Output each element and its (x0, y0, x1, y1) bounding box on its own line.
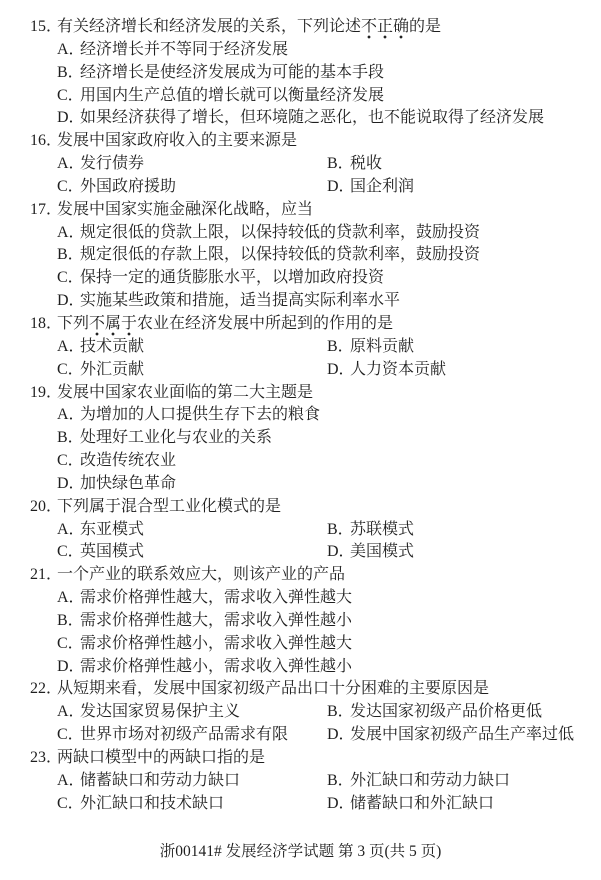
option-letter: C． (57, 724, 80, 747)
option-text: 东亚模式 (80, 519, 144, 542)
question-16-option-b: B． 税收 (327, 153, 382, 176)
question-number: 22． (30, 678, 57, 701)
question-19: 19． 发展中国家农业面临的第二大主题是 (0, 382, 601, 405)
question-number: 20． (30, 496, 57, 519)
question-stem: 下列属于混合型工业化模式的是 (57, 496, 281, 519)
option-text: 改造传统农业 (80, 450, 176, 473)
question-21-option-b: B． 需求价格弹性越大，需求收入弹性越小 (0, 610, 601, 633)
option-letter: B． (327, 336, 350, 359)
question-number: 21． (30, 564, 57, 587)
option-text: 外汇贡献 (80, 359, 144, 382)
option-letter: B． (327, 519, 350, 542)
question-15: 15． 有关经济增长和经济发展的关系，下列论述不正确的是 (0, 16, 601, 39)
stem-text: 一个产业的联系效应大，则该产业的产品 (57, 566, 345, 583)
option-text: 用国内生产总值的增长就可以衡量经济发展 (80, 85, 384, 108)
question-17-option-b: B． 规定很低的存款上限，以保持较低的贷款利率，鼓励投资 (0, 244, 601, 267)
question-20-option-c: C． 英国模式 (57, 541, 327, 564)
page-footer: 浙00141# 发展经济学试题 第 3 页(共 5 页) (0, 841, 601, 864)
question-20-options-ab: A． 东亚模式 B． 苏联模式 (0, 519, 601, 542)
option-letter: D． (327, 176, 350, 199)
question-23-option-b: B． 外汇缺口和劳动力缺口 (327, 770, 510, 793)
question-16: 16． 发展中国家政府收入的主要来源是 (0, 130, 601, 153)
question-17: 17． 发展中国家实施金融深化战略，应当 (0, 199, 601, 222)
question-21: 21． 一个产业的联系效应大，则该产业的产品 (0, 564, 601, 587)
stem-emphasized-text: 不正确 (361, 18, 409, 39)
option-text: 经济增长并不等同于经济发展 (80, 39, 288, 62)
question-16-option-a: A． 发行债券 (57, 153, 327, 176)
question-16-options-cd: C． 外国政府援助 D． 国企利润 (0, 176, 601, 199)
question-21-option-d: D． 需求价格弹性越小，需求收入弹性越小 (0, 656, 601, 679)
exam-page: 15． 有关经济增长和经济发展的关系，下列论述不正确的是 A． 经济增长并不等同… (0, 0, 601, 863)
question-16-option-d: D． 国企利润 (327, 176, 414, 199)
question-20-option-a: A． 东亚模式 (57, 519, 327, 542)
question-stem: 两缺口模型中的两缺口指的是 (57, 747, 265, 770)
question-16-options-ab: A． 发行债券 B． 税收 (0, 153, 601, 176)
question-18-options-ab: A． 技术贡献 B． 原料贡献 (0, 336, 601, 359)
question-15-option-d: D． 如果经济获得了增长，但环境随之恶化，也不能说取得了经济发展 (0, 107, 601, 130)
question-number: 16． (30, 130, 57, 153)
question-17-option-a: A． 规定很低的贷款上限，以保持较低的贷款利率，鼓励投资 (0, 222, 601, 245)
option-letter: A． (57, 404, 80, 427)
option-letter: C． (57, 793, 80, 816)
option-letter: C． (57, 450, 80, 473)
question-22-option-d: D． 发展中国家初级产品生产率过低 (327, 724, 574, 747)
option-letter: C． (57, 359, 80, 382)
option-letter: D． (57, 656, 80, 679)
option-letter: D． (57, 290, 80, 313)
option-text: 英国模式 (80, 541, 144, 564)
question-22: 22． 从短期来看，发展中国家初级产品出口十分困难的主要原因是 (0, 678, 601, 701)
question-number: 19． (30, 382, 57, 405)
question-22-options-cd: C． 世界市场对初级产品需求有限 D． 发展中国家初级产品生产率过低 (0, 724, 601, 747)
question-21-option-c: C． 需求价格弹性越小，需求收入弹性越大 (0, 633, 601, 656)
question-18: 18． 下列不属于农业在经济发展中所起到的作用的是 (0, 313, 601, 336)
question-17-option-c: C． 保持一定的通货膨胀水平，以增加政府投资 (0, 267, 601, 290)
question-stem: 下列不属于农业在经济发展中所起到的作用的是 (57, 313, 393, 336)
option-text: 美国模式 (350, 541, 414, 564)
option-letter: C． (57, 267, 80, 290)
option-text: 加快绿色革命 (80, 473, 176, 496)
question-23-option-c: C． 外汇缺口和技术缺口 (57, 793, 327, 816)
question-19-option-a: A． 为增加的人口提供生存下去的粮食 (0, 404, 601, 427)
option-text: 国企利润 (350, 176, 414, 199)
question-22-option-b: B． 发达国家初级产品价格更低 (327, 701, 542, 724)
option-letter: D． (327, 541, 350, 564)
option-text: 处理好工业化与农业的关系 (80, 427, 272, 450)
question-16-option-c: C． 外国政府援助 (57, 176, 327, 199)
question-19-option-c: C． 改造传统农业 (0, 450, 601, 473)
option-text: 储蓄缺口和劳动力缺口 (80, 770, 240, 793)
stem-text: 的是 (409, 18, 441, 35)
option-text: 需求价格弹性越大，需求收入弹性越大 (80, 587, 352, 610)
option-letter: B． (57, 610, 80, 633)
option-letter: D． (57, 107, 80, 130)
option-letter: C． (57, 85, 80, 108)
option-text: 规定很低的存款上限，以保持较低的贷款利率，鼓励投资 (80, 244, 480, 267)
question-21-option-a: A． 需求价格弹性越大，需求收入弹性越大 (0, 587, 601, 610)
option-text: 储蓄缺口和外汇缺口 (350, 793, 494, 816)
stem-text: 发展中国家农业面临的第二大主题是 (57, 384, 313, 401)
question-stem: 有关经济增长和经济发展的关系，下列论述不正确的是 (57, 16, 441, 39)
option-letter: C． (57, 541, 80, 564)
option-text: 需求价格弹性越小，需求收入弹性越大 (80, 633, 352, 656)
option-letter: B． (57, 427, 80, 450)
stem-text: 下列属于混合型工业化模式的是 (57, 498, 281, 515)
question-23-options-cd: C． 外汇缺口和技术缺口 D． 储蓄缺口和外汇缺口 (0, 793, 601, 816)
option-letter: A． (57, 519, 80, 542)
question-number: 18． (30, 313, 57, 336)
stem-text: 从短期来看，发展中国家初级产品出口十分困难的主要原因是 (57, 680, 489, 697)
option-letter: D． (327, 359, 350, 382)
question-23-option-a: A． 储蓄缺口和劳动力缺口 (57, 770, 327, 793)
option-text: 规定很低的贷款上限，以保持较低的贷款利率，鼓励投资 (80, 222, 480, 245)
question-15-option-b: B． 经济增长是使经济发展成为可能的基本手段 (0, 62, 601, 85)
option-text: 发达国家贸易保护主义 (80, 701, 240, 724)
question-stem: 一个产业的联系效应大，则该产业的产品 (57, 564, 345, 587)
option-letter: D． (57, 473, 80, 496)
question-15-option-c: C． 用国内生产总值的增长就可以衡量经济发展 (0, 85, 601, 108)
question-22-option-c: C． 世界市场对初级产品需求有限 (57, 724, 327, 747)
option-text: 外国政府援助 (80, 176, 176, 199)
option-text: 税收 (350, 153, 382, 176)
question-18-option-d: D． 人力资本贡献 (327, 359, 446, 382)
option-letter: B． (57, 244, 80, 267)
question-20: 20． 下列属于混合型工业化模式的是 (0, 496, 601, 519)
stem-text: 农业在经济发展中所起到的作用的是 (137, 315, 393, 332)
question-18-options-cd: C． 外汇贡献 D． 人力资本贡献 (0, 359, 601, 382)
option-text: 世界市场对初级产品需求有限 (80, 724, 288, 747)
option-text: 技术贡献 (80, 336, 144, 359)
option-text: 发行债券 (80, 153, 144, 176)
option-letter: A． (57, 336, 80, 359)
question-stem: 发展中国家农业面临的第二大主题是 (57, 382, 313, 405)
question-20-option-b: B． 苏联模式 (327, 519, 414, 542)
option-letter: B． (327, 701, 350, 724)
question-stem: 发展中国家政府收入的主要来源是 (57, 130, 297, 153)
option-letter: A． (57, 701, 80, 724)
option-letter: B． (57, 62, 80, 85)
question-number: 15． (30, 16, 57, 39)
option-text: 外汇缺口和劳动力缺口 (350, 770, 510, 793)
option-text: 为增加的人口提供生存下去的粮食 (80, 404, 320, 427)
option-letter: A． (57, 222, 80, 245)
question-18-option-b: B． 原料贡献 (327, 336, 414, 359)
question-23-options-ab: A． 储蓄缺口和劳动力缺口 B． 外汇缺口和劳动力缺口 (0, 770, 601, 793)
option-text: 发达国家初级产品价格更低 (350, 701, 542, 724)
question-20-option-d: D． 美国模式 (327, 541, 414, 564)
question-number: 17． (30, 199, 57, 222)
option-letter: A． (57, 39, 80, 62)
option-letter: B． (327, 770, 350, 793)
stem-emphasized-text: 不属于 (89, 315, 137, 336)
option-letter: A． (57, 587, 80, 610)
option-letter: D． (327, 724, 350, 747)
option-letter: D． (327, 793, 350, 816)
question-20-options-cd: C． 英国模式 D． 美国模式 (0, 541, 601, 564)
option-text: 原料贡献 (350, 336, 414, 359)
stem-text: 发展中国家政府收入的主要来源是 (57, 132, 297, 149)
option-text: 经济增长是使经济发展成为可能的基本手段 (80, 62, 384, 85)
option-text: 苏联模式 (350, 519, 414, 542)
option-letter: A． (57, 770, 80, 793)
option-letter: B． (327, 153, 350, 176)
option-letter: C． (57, 633, 80, 656)
option-letter: C． (57, 176, 80, 199)
question-19-option-b: B． 处理好工业化与农业的关系 (0, 427, 601, 450)
option-text: 保持一定的通货膨胀水平，以增加政府投资 (80, 267, 384, 290)
question-23-option-d: D． 储蓄缺口和外汇缺口 (327, 793, 494, 816)
question-stem: 从短期来看，发展中国家初级产品出口十分困难的主要原因是 (57, 678, 489, 701)
option-letter: A． (57, 153, 80, 176)
option-text: 实施某些政策和措施，适当提高实际利率水平 (80, 290, 400, 313)
option-text: 人力资本贡献 (350, 359, 446, 382)
stem-text: 发展中国家实施金融深化战略，应当 (57, 201, 313, 218)
question-23: 23． 两缺口模型中的两缺口指的是 (0, 747, 601, 770)
question-stem: 发展中国家实施金融深化战略，应当 (57, 199, 313, 222)
question-19-option-d: D． 加快绿色革命 (0, 473, 601, 496)
option-text: 需求价格弹性越大，需求收入弹性越小 (80, 610, 352, 633)
question-15-option-a: A． 经济增长并不等同于经济发展 (0, 39, 601, 62)
stem-text: 有关经济增长和经济发展的关系，下列论述 (57, 18, 361, 35)
question-22-option-a: A． 发达国家贸易保护主义 (57, 701, 327, 724)
question-17-option-d: D． 实施某些政策和措施，适当提高实际利率水平 (0, 290, 601, 313)
question-18-option-a: A． 技术贡献 (57, 336, 327, 359)
stem-text: 两缺口模型中的两缺口指的是 (57, 749, 265, 766)
stem-text: 下列 (57, 315, 89, 332)
option-text: 外汇缺口和技术缺口 (80, 793, 224, 816)
option-text: 需求价格弹性越小，需求收入弹性越小 (80, 656, 352, 679)
option-text: 如果经济获得了增长，但环境随之恶化，也不能说取得了经济发展 (80, 107, 544, 130)
question-number: 23． (30, 747, 57, 770)
option-text: 发展中国家初级产品生产率过低 (350, 724, 574, 747)
question-22-options-ab: A． 发达国家贸易保护主义 B． 发达国家初级产品价格更低 (0, 701, 601, 724)
question-18-option-c: C． 外汇贡献 (57, 359, 327, 382)
